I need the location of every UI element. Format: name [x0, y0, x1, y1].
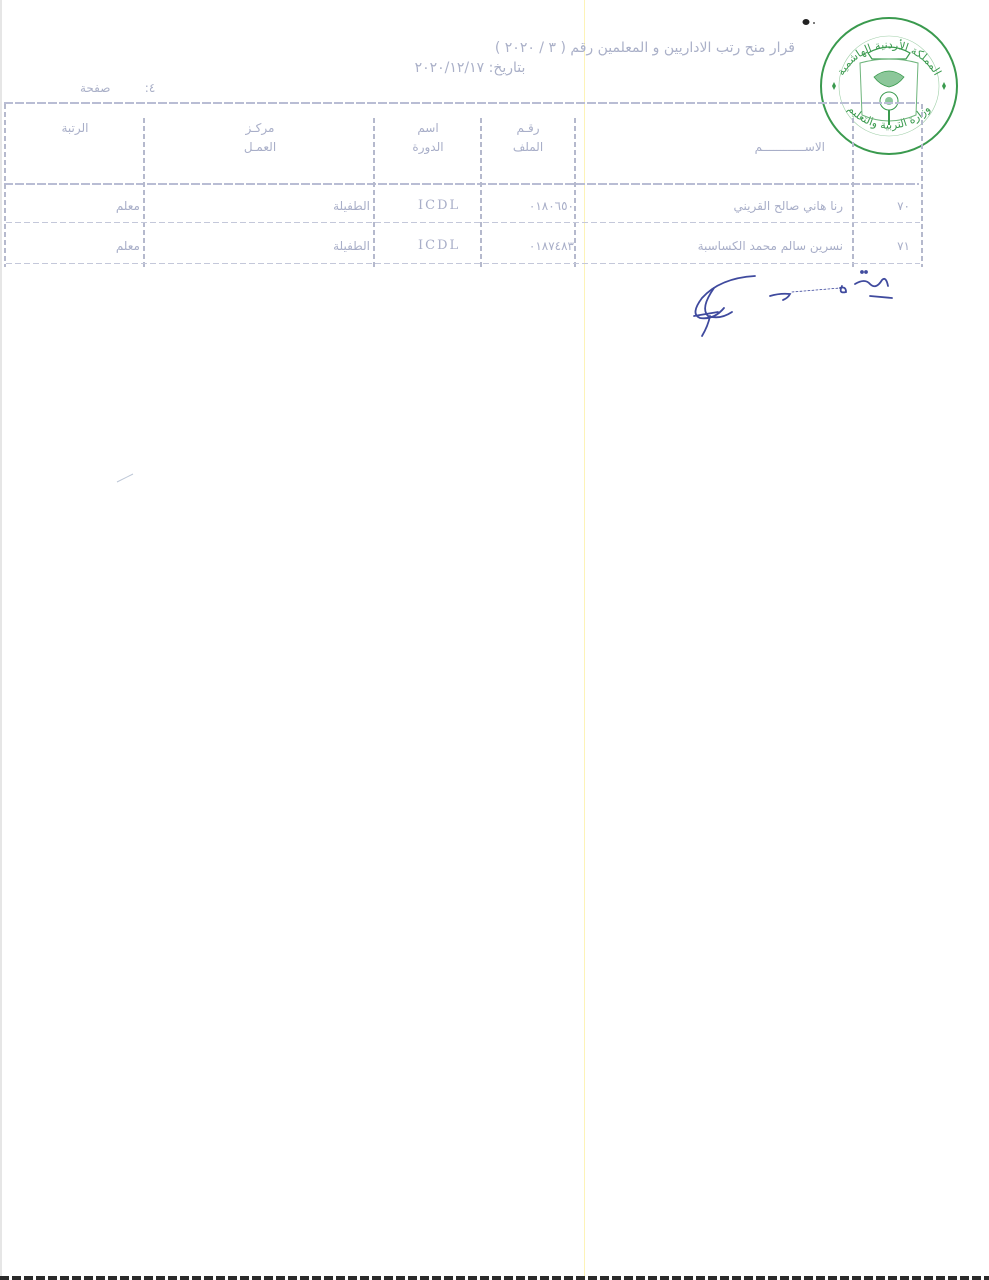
table-vbar [921, 104, 923, 267]
row-course: ICDL [418, 238, 478, 253]
row-workplace: الطفيلة [150, 199, 370, 213]
scan-artifact-line [584, 0, 585, 1280]
table-header-border [4, 183, 919, 185]
header-workplace-line2: العمـل [150, 140, 370, 154]
table-vbar [852, 118, 854, 268]
page-number: ٤: [145, 81, 156, 95]
row-file-no: ٠١٨٧٤٨٣ [484, 239, 574, 253]
page-label: صفحة [80, 81, 110, 95]
header-course-line2: الدورة [378, 140, 478, 154]
row-rank: معلم [10, 239, 140, 253]
header-rank: الرتبة [10, 121, 140, 135]
document-date: بتاريخ: ٢٠٢٠/١٢/١٧ [360, 60, 580, 76]
signature-icon [680, 268, 910, 348]
header-name: الاســــــــــــم [620, 140, 825, 154]
table-vbar [480, 118, 482, 268]
row-separator [6, 222, 920, 223]
table-top-border [4, 102, 919, 104]
row-number: ٧٠ [860, 199, 910, 213]
row-name: نسرين سالم محمد الكساسبة [578, 239, 843, 253]
header-file-no-line2: الملف [484, 140, 572, 154]
document-page: قرار منح رتب الاداريين و المعلمين رقم ( … [0, 0, 989, 1280]
row-number: ٧١ [860, 239, 910, 253]
table-vbar [373, 118, 375, 268]
row-rank: معلم [10, 199, 140, 213]
scan-edge [0, 0, 2, 1280]
page-indicator: ٤: صفحة [80, 81, 155, 95]
header-course-line1: اسم [378, 121, 478, 135]
row-separator [6, 263, 920, 264]
row-workplace: الطفيلة [150, 239, 370, 253]
table-vbar [574, 118, 576, 268]
ink-dot-icon [800, 16, 820, 28]
scan-bottom-edge [0, 1276, 989, 1280]
table-vbar [143, 118, 145, 268]
table-vbar [4, 104, 6, 267]
header-workplace-line1: مركـز [150, 121, 370, 135]
ministry-seal-icon: المملكة الأردنية الهاشمية وزارة التربية … [818, 15, 960, 157]
document-title: قرار منح رتب الاداريين و المعلمين رقم ( … [195, 40, 795, 56]
header-file-no-line1: رقـم [484, 121, 572, 135]
scan-mark-icon [115, 472, 135, 484]
row-name: رنا هاني صالح القريني [578, 199, 843, 213]
row-course: ICDL [418, 198, 478, 213]
row-file-no: ٠١٨٠٦٥٠ [484, 199, 574, 213]
